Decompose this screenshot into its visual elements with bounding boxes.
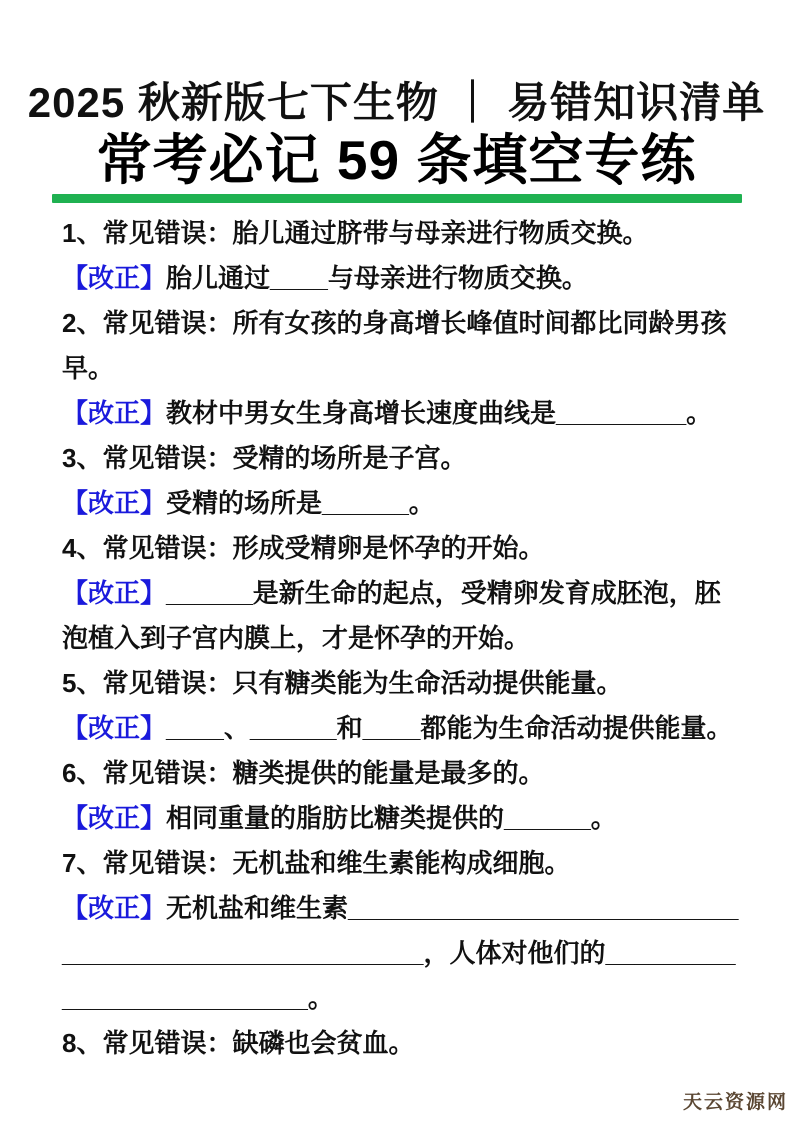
- item-number: 3、: [62, 443, 102, 473]
- item-6: 6、常见错误：糖类提供的能量是最多的。 【改正】相同重量的脂肪比糖类提供的___…: [62, 751, 745, 841]
- correction-label: 【改正】: [62, 893, 166, 923]
- error-text: 常见错误：形成受精卵是怀孕的开始。: [102, 533, 544, 563]
- error-line: 5、常见错误：只有糖类能为生命活动提供能量。: [62, 661, 745, 706]
- correction-text: 受精的场所是______。: [166, 488, 435, 518]
- worksheet-page: 2025 秋新版七下生物 ｜ 易错知识清单 常考必记 59 条填空专练 1、常见…: [0, 0, 793, 1122]
- watermark: 天云资源网: [683, 1087, 788, 1114]
- error-line: 6、常见错误：糖类提供的能量是最多的。: [62, 751, 745, 796]
- error-text: 常见错误：胎儿通过脐带与母亲进行物质交换。: [102, 218, 648, 248]
- correction-text: 胎儿通过____与母亲进行物质交换。: [166, 263, 588, 293]
- error-line: 7、常见错误：无机盐和维生素能构成细胞。: [62, 841, 745, 886]
- page-title: 常考必记 59 条填空专练: [0, 130, 793, 190]
- item-2: 2、常见错误：所有女孩的身高增长峰值时间都比同龄男孩早。 【改正】教材中男女生身…: [62, 301, 745, 436]
- error-text: 常见错误：受精的场所是子宫。: [102, 443, 466, 473]
- green-divider: [52, 194, 742, 203]
- item-number: 2、: [62, 308, 102, 338]
- item-3: 3、常见错误：受精的场所是子宫。 【改正】受精的场所是______。: [62, 436, 745, 526]
- error-text: 常见错误：无机盐和维生素能构成细胞。: [102, 848, 570, 878]
- correction-text: 相同重量的脂肪比糖类提供的______。: [166, 803, 617, 833]
- item-1: 1、常见错误：胎儿通过脐带与母亲进行物质交换。 【改正】胎儿通过____与母亲进…: [62, 211, 745, 301]
- correction-label: 【改正】: [62, 398, 166, 428]
- error-text: 常见错误：只有糖类能为生命活动提供能量。: [102, 668, 622, 698]
- item-8: 8、常见错误：缺磷也会贫血。: [62, 1021, 745, 1066]
- error-line: 4、常见错误：形成受精卵是怀孕的开始。: [62, 526, 745, 571]
- correction-label: 【改正】: [62, 488, 166, 518]
- correction-line: 【改正】____、______和____都能为生命活动提供能量。: [62, 706, 745, 751]
- item-number: 8、: [62, 1028, 102, 1058]
- correction-line: 【改正】受精的场所是______。: [62, 481, 745, 526]
- correction-line: 【改正】胎儿通过____与母亲进行物质交换。: [62, 256, 745, 301]
- correction-label: 【改正】: [62, 713, 166, 743]
- item-number: 6、: [62, 758, 102, 788]
- header-subtitle: 2025 秋新版七下生物 ｜ 易错知识清单: [0, 78, 793, 128]
- correction-text: 教材中男女生身高增长速度曲线是_________。: [166, 398, 712, 428]
- correction-text: ____、______和____都能为生命活动提供能量。: [166, 713, 732, 743]
- error-text: 常见错误：所有女孩的身高增长峰值时间都比同龄男孩早。: [62, 308, 726, 383]
- error-line: 1、常见错误：胎儿通过脐带与母亲进行物质交换。: [62, 211, 745, 256]
- correction-line: 【改正】无机盐和维生素_____________________________…: [62, 886, 745, 1021]
- correction-line: 【改正】教材中男女生身高增长速度曲线是_________。: [62, 391, 745, 436]
- correction-label: 【改正】: [62, 578, 166, 608]
- item-4: 4、常见错误：形成受精卵是怀孕的开始。 【改正】______是新生命的起点，受精…: [62, 526, 745, 661]
- header: 2025 秋新版七下生物 ｜ 易错知识清单 常考必记 59 条填空专练: [0, 0, 793, 203]
- correction-label: 【改正】: [62, 803, 166, 833]
- correction-label: 【改正】: [62, 263, 166, 293]
- error-text: 常见错误：缺磷也会贫血。: [102, 1028, 414, 1058]
- error-line: 2、常见错误：所有女孩的身高增长峰值时间都比同龄男孩早。: [62, 301, 745, 391]
- item-number: 4、: [62, 533, 102, 563]
- correction-line: 【改正】______是新生命的起点，受精卵发育成胚泡，胚泡植入到子宫内膜上，才是…: [62, 571, 745, 661]
- correction-line: 【改正】相同重量的脂肪比糖类提供的______。: [62, 796, 745, 841]
- item-7: 7、常见错误：无机盐和维生素能构成细胞。 【改正】无机盐和维生素________…: [62, 841, 745, 1021]
- item-number: 5、: [62, 668, 102, 698]
- error-line: 8、常见错误：缺磷也会贫血。: [62, 1021, 745, 1066]
- error-line: 3、常见错误：受精的场所是子宫。: [62, 436, 745, 481]
- item-number: 7、: [62, 848, 102, 878]
- content: 1、常见错误：胎儿通过脐带与母亲进行物质交换。 【改正】胎儿通过____与母亲进…: [0, 203, 793, 1066]
- item-5: 5、常见错误：只有糖类能为生命活动提供能量。 【改正】____、______和_…: [62, 661, 745, 751]
- item-number: 1、: [62, 218, 102, 248]
- error-text: 常见错误：糖类提供的能量是最多的。: [102, 758, 544, 788]
